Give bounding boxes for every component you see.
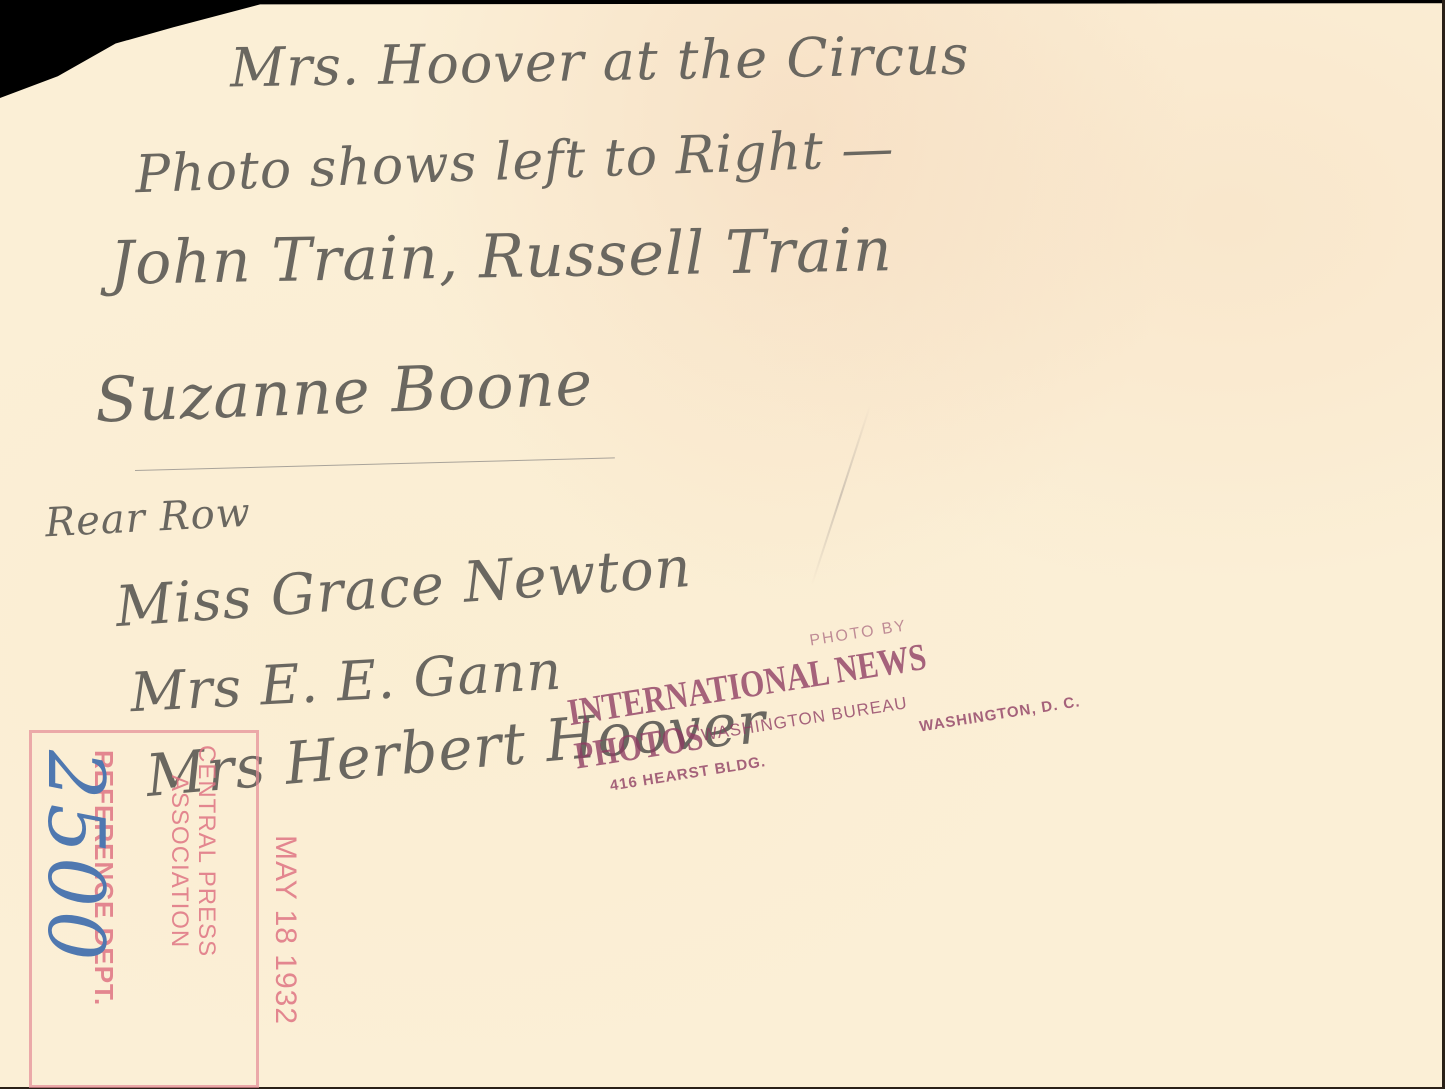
stamp-date: MAY 18 1932	[268, 835, 302, 1025]
stamp-org-line1: CENTRAL PRESS	[192, 745, 220, 957]
stamp-org-line2: ASSOCIATION	[165, 775, 193, 948]
caption-front-row-1: John Train, Russell Train	[109, 215, 893, 299]
blue-crayon-number: 2500	[30, 750, 120, 965]
caption-title: Mrs. Hoover at the Circus	[230, 24, 970, 100]
